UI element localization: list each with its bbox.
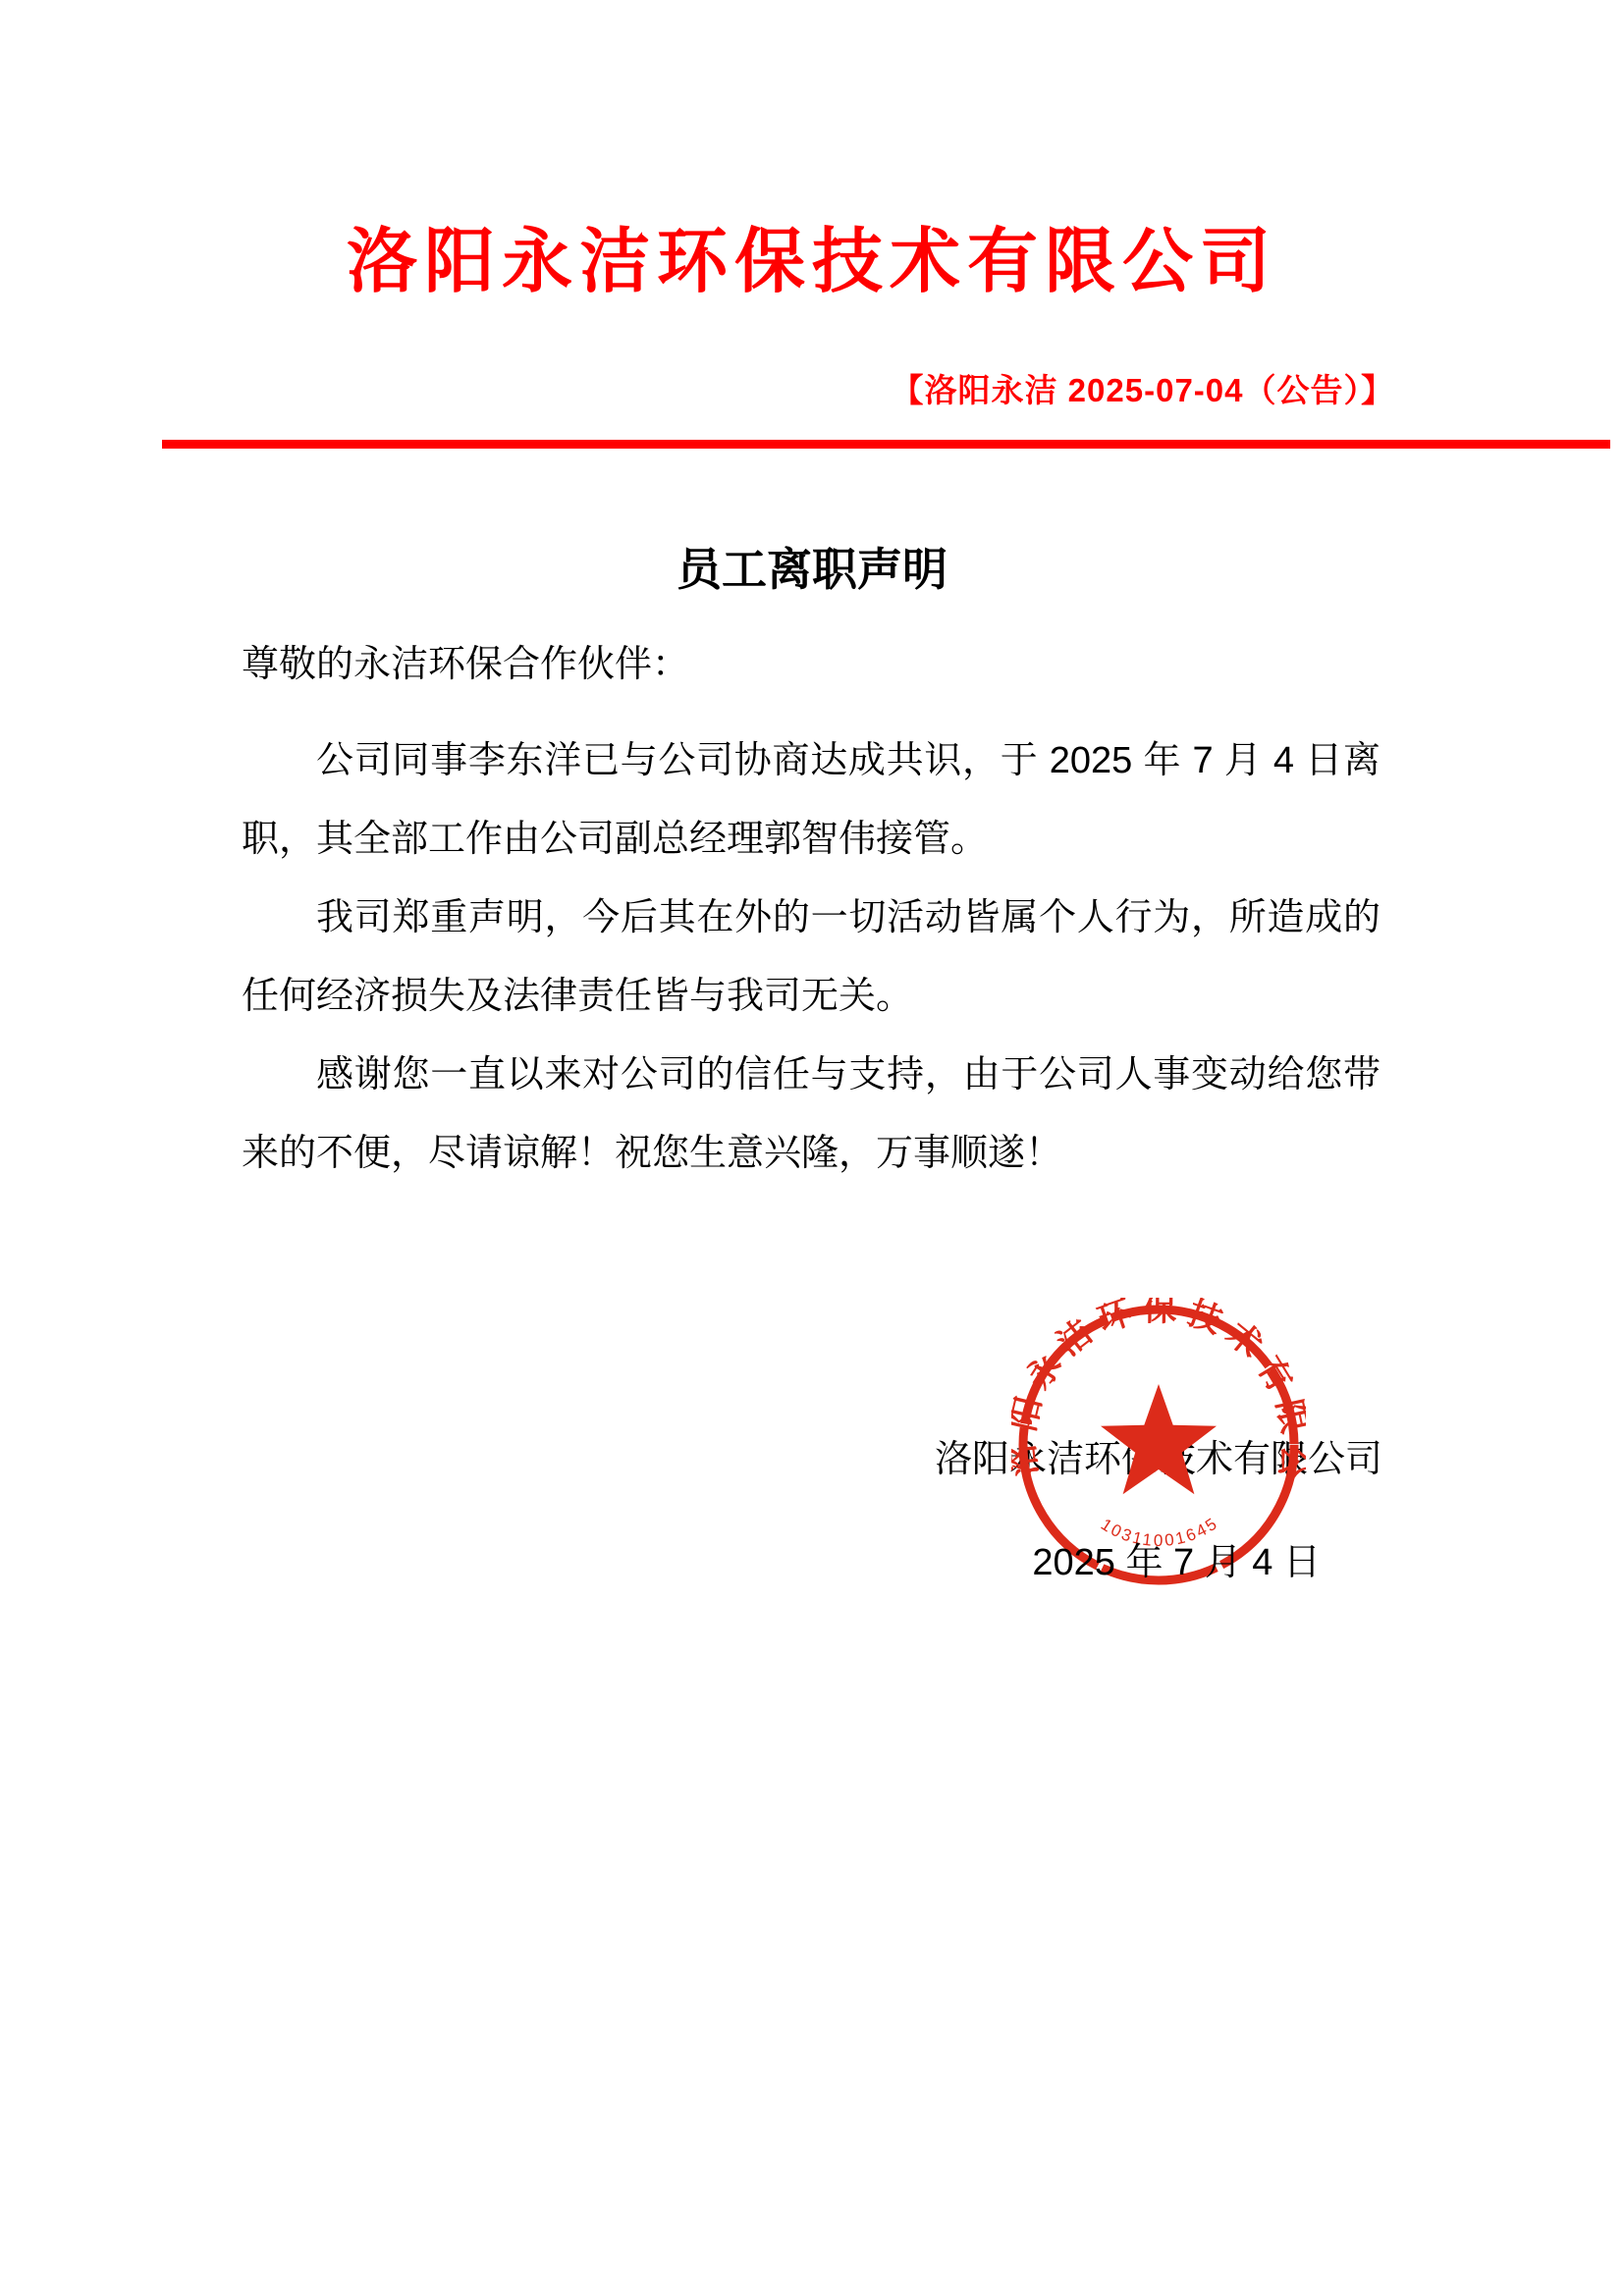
salutation: 尊敬的永洁环保合作伙伴： [242, 625, 689, 704]
body-text: 公司同事李东洋已与公司协商达成共识，于 2025 年 7 月 4 日离职，其全部… [242, 721, 1380, 1193]
company-title: 洛阳永洁环保技术有限公司 [0, 204, 1624, 306]
doc-heading: 员工离职声明 [0, 534, 1624, 599]
signature-date: 2025 年 7 月 4 日 [1032, 1531, 1321, 1585]
document-page: 洛阳永洁环保技术有限公司 【洛阳永洁 2025-07-04（公告）】 员工离职声… [0, 0, 1624, 2296]
body-paragraph: 我司郑重声明，今后其在外的一切活动皆属个人行为，所造成的任何经济损失及法律责任皆… [242, 879, 1380, 1036]
doc-number: 【洛阳永洁 2025-07-04（公告）】 [892, 365, 1394, 411]
seal-star-icon [1101, 1384, 1217, 1494]
body-paragraph: 感谢您一直以来对公司的信任与支持，由于公司人事变动给您带来的不便，尽请谅解！祝您… [242, 1036, 1380, 1193]
red-divider-line [162, 440, 1610, 449]
body-paragraph: 公司同事李东洋已与公司协商达成共识，于 2025 年 7 月 4 日离职，其全部… [242, 721, 1380, 879]
